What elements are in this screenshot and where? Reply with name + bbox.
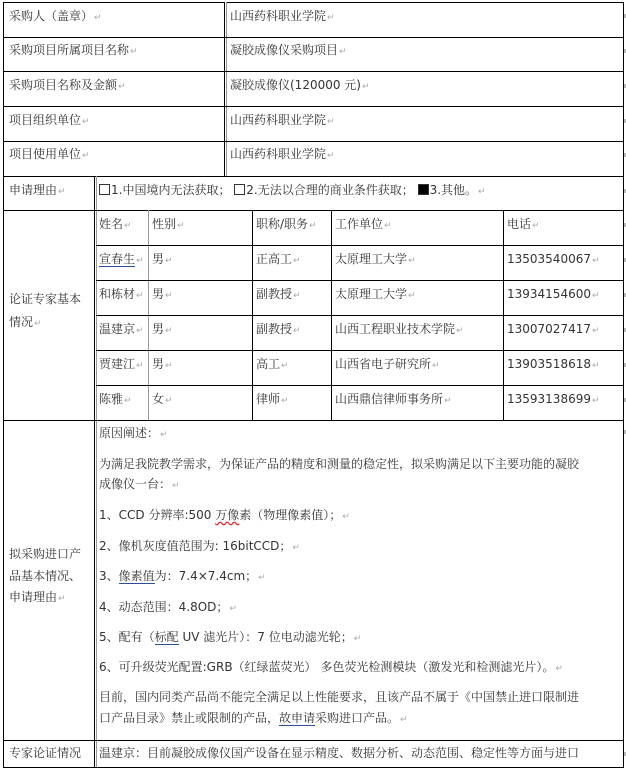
column-divider: [96, 176, 97, 768]
reason-paragraph-line1: 为满足我院教学需求，为保证产品的精度和测量的稳定性，拟采购满足以下主要功能的凝胶: [99, 457, 579, 471]
header-phone: 电话: [507, 217, 540, 233]
expert-opinion-text: 温建京：目前凝胶成像仪国产设备在显示精度、数据分析、动态范围、稳定性等方面与进口: [99, 746, 579, 760]
value-user-unit: 山西药科职业学院: [230, 147, 335, 163]
label-parent-project: 采购项目所属项目名称: [9, 43, 138, 59]
expert-workplace: 山西工程职业技术学院: [335, 322, 464, 338]
expert-title: 律师: [256, 392, 289, 408]
label-product-line2: 品基本情况、: [9, 569, 81, 583]
reason-paragraph-line2: 成像仪一台：: [99, 477, 180, 493]
table-border: [3, 2, 224, 3]
expert-phone: 13593138699: [507, 392, 600, 408]
label-user-unit: 项目使用单位: [9, 147, 90, 163]
row-divider: [96, 385, 623, 386]
row-divider: [3, 740, 623, 741]
row-divider: [96, 280, 623, 281]
label-experts-line1: 论证专家基本: [9, 292, 81, 306]
expert-name: 和栋材: [99, 287, 144, 303]
header-name: 姓名: [99, 217, 132, 233]
expert-workplace: 太原理工大学: [335, 252, 416, 268]
expert-phone: 13503540067: [507, 252, 600, 268]
checkbox-option-3[interactable]: [418, 184, 429, 195]
row-divider: [3, 37, 623, 38]
spec-item-3: 3、像素值为：7.4×7.4cm；: [99, 569, 266, 585]
expert-gender: 男: [152, 287, 173, 303]
option-2-label: 2.无法以合理的商业条件获取；: [246, 183, 413, 197]
procurement-form: 采购人（盖章） 山西药科职业学院 采购项目所属项目名称 凝胶成像仪采购项目 采购…: [0, 0, 626, 769]
expert-title: 正高工: [256, 252, 301, 268]
reason-intro: 原因阐述：: [99, 426, 168, 442]
spec-item-1: 1、CCD 分辨率:500 万像素（物理像素值）；: [99, 508, 350, 524]
header-gender: 性别: [152, 217, 185, 233]
row-divider: [96, 350, 623, 351]
label-organizer: 项目组织单位: [9, 113, 90, 129]
table-border: [623, 2, 624, 768]
expert-phone: 13934154600: [507, 287, 600, 303]
value-purchaser: 山西药科职业学院: [230, 9, 335, 25]
value-parent-project: 凝胶成像仪采购项目: [230, 43, 347, 59]
table-border: [3, 767, 623, 768]
row-divider: [3, 71, 623, 72]
expert-gender: 女: [152, 392, 173, 408]
expert-gender: 男: [152, 252, 173, 268]
expert-title: 副教授: [256, 287, 301, 303]
expert-name: 贾建江: [99, 357, 144, 373]
expert-gender: 男: [152, 322, 173, 338]
row-divider: [96, 315, 623, 316]
expert-name: 宣春生: [99, 252, 144, 268]
column-divider: [224, 2, 225, 176]
expert-title: 高工: [256, 357, 289, 373]
option-3-label: 3.其他。: [430, 183, 486, 197]
expert-gender: 男: [152, 357, 173, 373]
row-divider: [3, 210, 623, 211]
column-divider: [94, 176, 95, 768]
spec-item-6: 6、可升级荧光配置:GRB（红绿蓝荧光） 多色荧光检测模块（激发光和检测滤光片）…: [99, 660, 563, 676]
label-expert-opinion: 专家论证情况: [9, 746, 81, 760]
row-divider: [96, 245, 623, 246]
expert-workplace: 山西省电子研究所: [335, 357, 440, 373]
expert-title: 副教授: [256, 322, 301, 338]
label-purchaser: 采购人（盖章）: [9, 9, 102, 25]
header-title: 职称/职务: [256, 217, 317, 233]
option-1-label: 1.中国境内无法获取；: [111, 183, 230, 197]
label-project-amount: 采购项目名称及金额: [9, 78, 126, 94]
conclusion-line2: 口产品目录》禁止或限制的产品，故申请采购进口产品。: [99, 711, 408, 727]
value-project-amount: 凝胶成像仪(120000 元): [230, 78, 370, 94]
row-divider: [3, 141, 623, 142]
table-border: [226, 2, 623, 3]
expert-name: 陈雅: [99, 392, 132, 408]
expert-phone: 13007027417: [507, 322, 600, 338]
spec-item-2: 2、像机灰度值范围为: 16bitCCD；: [99, 539, 300, 555]
conclusion-line1: 目前，国内同类产品尚不能完全满足以上性能要求，且该产品不属于《中国禁止进口限制进: [99, 690, 579, 704]
expert-phone: 13903518618: [507, 357, 600, 373]
spec-item-5: 5、配有（标配 UV 滤光片）：7 位电动滤光轮；: [99, 630, 361, 646]
label-reason: 申请理由: [9, 183, 66, 199]
column-divider: [226, 2, 227, 176]
checkbox-option-1[interactable]: [99, 184, 110, 195]
label-product-line1: 拟采购进口产: [9, 547, 81, 561]
label-experts-line2: 情况: [9, 315, 42, 331]
expert-workplace: 太原理工大学: [335, 287, 416, 303]
expert-name: 温建京: [99, 322, 144, 338]
checkbox-option-2[interactable]: [234, 184, 245, 195]
table-border: [3, 2, 4, 768]
header-workplace: 工作单位: [335, 217, 392, 233]
row-divider: [3, 420, 623, 421]
row-divider: [3, 106, 623, 107]
value-organizer: 山西药科职业学院: [230, 113, 335, 129]
label-product-line3: 申请理由: [9, 590, 66, 606]
expert-workplace: 山西鼎信律师事务所: [335, 392, 452, 408]
spec-item-4: 4、动态范围：4.8OD；: [99, 600, 237, 616]
reason-options: 1.中国境内无法获取； 2.无法以合理的商业条件获取； 3.其他。: [99, 183, 486, 199]
